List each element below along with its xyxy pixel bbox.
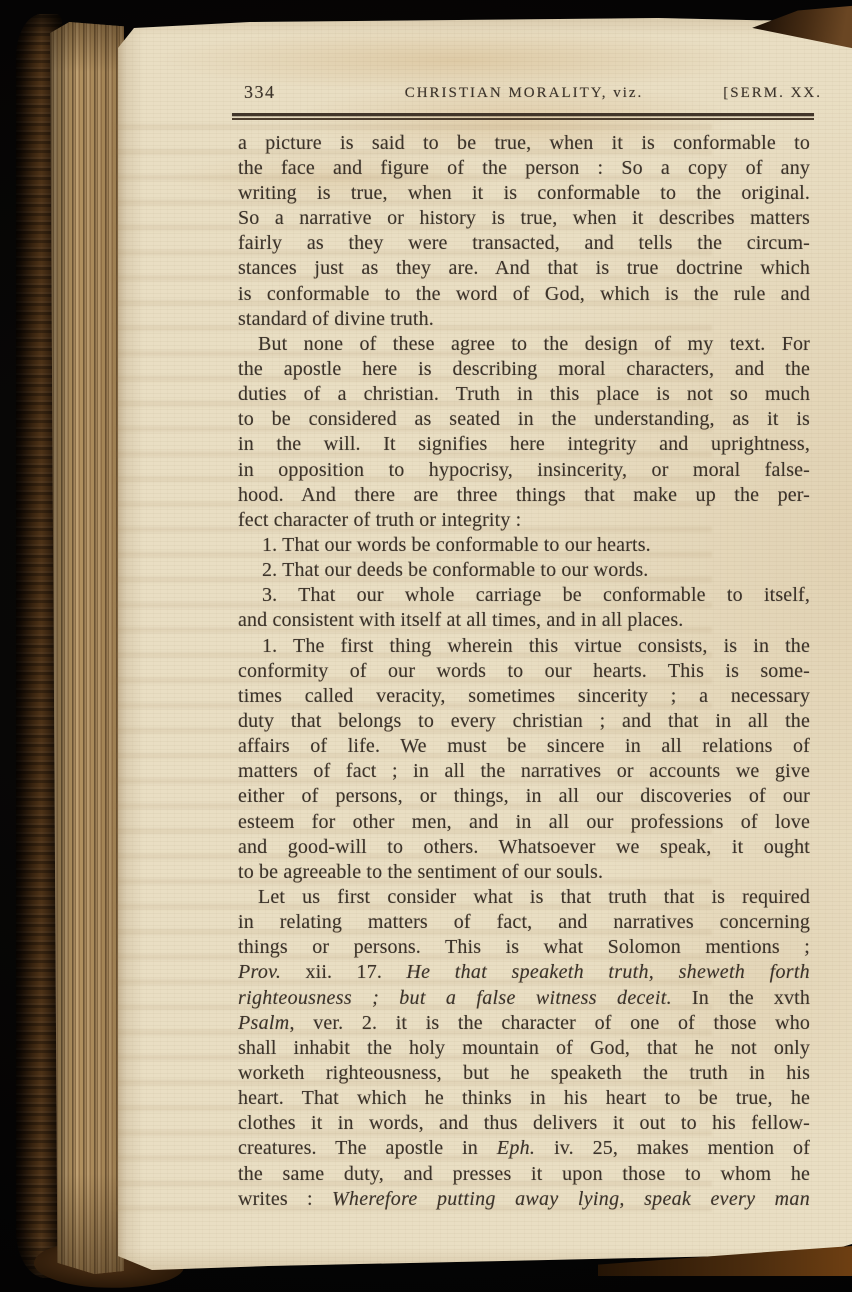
text-line: shall inhabit the holy mountain of God, … [238,1036,810,1061]
italic-text: He that speaketh truth, sheweth forth [406,961,810,983]
text-line: hood. And there are three things that ma… [238,483,810,508]
text-line: writing is true, when it is conformable … [238,181,810,206]
text-line: 3. That our whole carriage be conformabl… [238,583,810,608]
body-text: in relating matters of fact, and narrati… [238,911,810,933]
body-text: and good-will to others. Whatsoever we s… [238,836,810,858]
body-text: Let us first consider what is that truth… [258,886,810,908]
body-text: In the xvth [672,987,810,1009]
text-line: things or persons. This is what Solomon … [238,935,810,960]
body-text: shall inhabit the holy mountain of God, … [238,1037,810,1059]
italic-text: Wherefore putting away lying, speak ever… [332,1188,810,1210]
text-line: fect character of truth or integrity : [238,508,810,533]
body-text: iv. 25, makes mention of [535,1137,810,1159]
body-text: times called veracity, sometimes sinceri… [238,685,810,707]
body-text: duty that belongs to every christian ; a… [238,710,810,732]
text-line: a picture is said to be true, when it is… [238,131,810,156]
text-line: and good-will to others. Whatsoever we s… [238,835,810,860]
page-body-lines: a picture is said to be true, when it is… [238,131,810,1212]
text-line: in the will. It signifies here integrity… [238,432,810,457]
text-line: Psalm, ver. 2. it is the character of on… [238,1011,810,1036]
text-line: in relating matters of fact, and narrati… [238,910,810,935]
body-text: things or persons. This is what Solomon … [238,936,810,958]
body-text: esteem for other men, and in all our pro… [238,811,810,833]
body-text: But none of these agree to the design of… [258,333,810,355]
body-text: clothes it in words, and thus delivers i… [238,1112,810,1134]
sermon-reference: [SERM. XX. [723,85,822,102]
body-text: 1. That our words be conformable to our … [262,534,651,556]
body-text: So a narrative or history is true, when … [238,207,810,229]
text-line: the apostle here is describing moral cha… [238,357,810,382]
body-text: to be considered as seated in the unders… [238,408,810,430]
text-line: creatures. The apostle in Eph. iv. 25, m… [238,1136,810,1161]
text-line: 2. That our deeds be conformable to our … [238,558,810,583]
page-number: 334 [244,82,276,103]
text-line: Let us first consider what is that truth… [238,885,810,910]
running-title: CHRISTIAN MORALITY, viz. [405,85,644,102]
text-line: So a narrative or history is true, when … [238,206,810,231]
header-double-rule [232,113,814,120]
text-line: heart. That which he thinks in his heart… [238,1086,810,1111]
body-text: worketh righteousness, but he speaketh t… [238,1062,810,1084]
body-text: a picture is said to be true, when it is… [238,132,810,154]
body-text: 2. That our deeds be conformable to our … [262,559,648,581]
text-line: Prov. xii. 17. He that speaketh truth, s… [238,960,810,985]
body-text: the apostle here is describing moral cha… [238,358,810,380]
body-text: conformity of our words to our hearts. T… [238,660,810,682]
body-text: creatures. The apostle in [238,1137,497,1159]
body-text: fairly as they were transacted, and tell… [238,232,810,254]
italic-text: Prov. [238,961,281,983]
text-line: worketh righteousness, but he speaketh t… [238,1061,810,1086]
text-line: and consistent with itself at all times,… [238,608,810,633]
text-line: affairs of life. We must be sincere in a… [238,734,810,759]
text-line: clothes it in words, and thus delivers i… [238,1111,810,1136]
body-text: 3. That our whole carriage be conformabl… [262,584,810,606]
body-text: writing is true, when it is conformable … [238,182,810,204]
text-line: 1. The first thing wherein this virtue c… [238,634,810,659]
book-page-edges [50,22,124,1274]
body-text: affairs of life. We must be sincere in a… [238,735,810,757]
text-line: matters of fact ; in all the narratives … [238,759,810,784]
body-text: hood. And there are three things that ma… [238,484,810,506]
body-text: and consistent with itself at all times,… [238,609,683,631]
text-line: to be considered as seated in the unders… [238,407,810,432]
body-text: xii. 17. [281,961,406,983]
body-text: standard of divine truth. [238,308,434,330]
text-line: times called veracity, sometimes sinceri… [238,684,810,709]
text-line: righteousness ; but a false witness dece… [238,986,810,1011]
text-line: conformity of our words to our hearts. T… [238,659,810,684]
rule-thick [232,113,814,116]
body-text: to be agreeable to the sentiment of our … [238,861,603,883]
text-line: in opposition to hypocrisy, insincerity,… [238,458,810,483]
body-text: fect character of truth or integrity : [238,509,521,531]
book-photo: 334 CHRISTIAN MORALITY, viz. [SERM. XX. … [0,0,852,1292]
text-line: writes : Wherefore putting away lying, s… [238,1187,810,1212]
text-line: the same duty, and presses it upon those… [238,1162,810,1187]
body-text: 1. The first thing wherein this virtue c… [262,635,810,657]
body-text: writes : [238,1188,332,1210]
body-text: duties of a christian. Truth in this pla… [238,383,810,405]
body-text: the same duty, and presses it upon those… [238,1163,810,1185]
text-line: either of persons, or things, in all our… [238,784,810,809]
italic-text: righteousness ; but a false witness dece… [238,987,672,1009]
text-line: But none of these agree to the design of… [238,332,810,357]
body-text: is conformable to the word of God, which… [238,283,810,305]
page-content: 334 CHRISTIAN MORALITY, viz. [SERM. XX. … [238,82,810,1212]
text-line: the face and figure of the person : So a… [238,156,810,181]
body-text: , ver. 2. it is the character of one of … [290,1012,811,1034]
body-text: in opposition to hypocrisy, insincerity,… [238,459,810,481]
text-line: duty that belongs to every christian ; a… [238,709,810,734]
rule-thin [232,118,814,120]
body-text: stances just as they are. And that is tr… [238,257,810,279]
body-text: the face and figure of the person : So a… [238,157,810,179]
italic-text: Psalm [238,1012,290,1034]
text-line: standard of divine truth. [238,307,810,332]
text-line: to be agreeable to the sentiment of our … [238,860,810,885]
text-line: is conformable to the word of God, which… [238,282,810,307]
italic-text: Eph. [497,1137,535,1159]
text-line: fairly as they were transacted, and tell… [238,231,810,256]
page-header: 334 CHRISTIAN MORALITY, viz. [SERM. XX. [238,82,810,106]
book-page: 334 CHRISTIAN MORALITY, viz. [SERM. XX. … [118,18,852,1270]
text-line: stances just as they are. And that is tr… [238,256,810,281]
body-text: either of persons, or things, in all our… [238,785,810,807]
text-line: duties of a christian. Truth in this pla… [238,382,810,407]
text-line: esteem for other men, and in all our pro… [238,810,810,835]
body-text: matters of fact ; in all the narratives … [238,760,810,782]
text-line: 1. That our words be conformable to our … [238,533,810,558]
body-text: in the will. It signifies here integrity… [238,433,810,455]
body-text: heart. That which he thinks in his heart… [238,1087,810,1109]
